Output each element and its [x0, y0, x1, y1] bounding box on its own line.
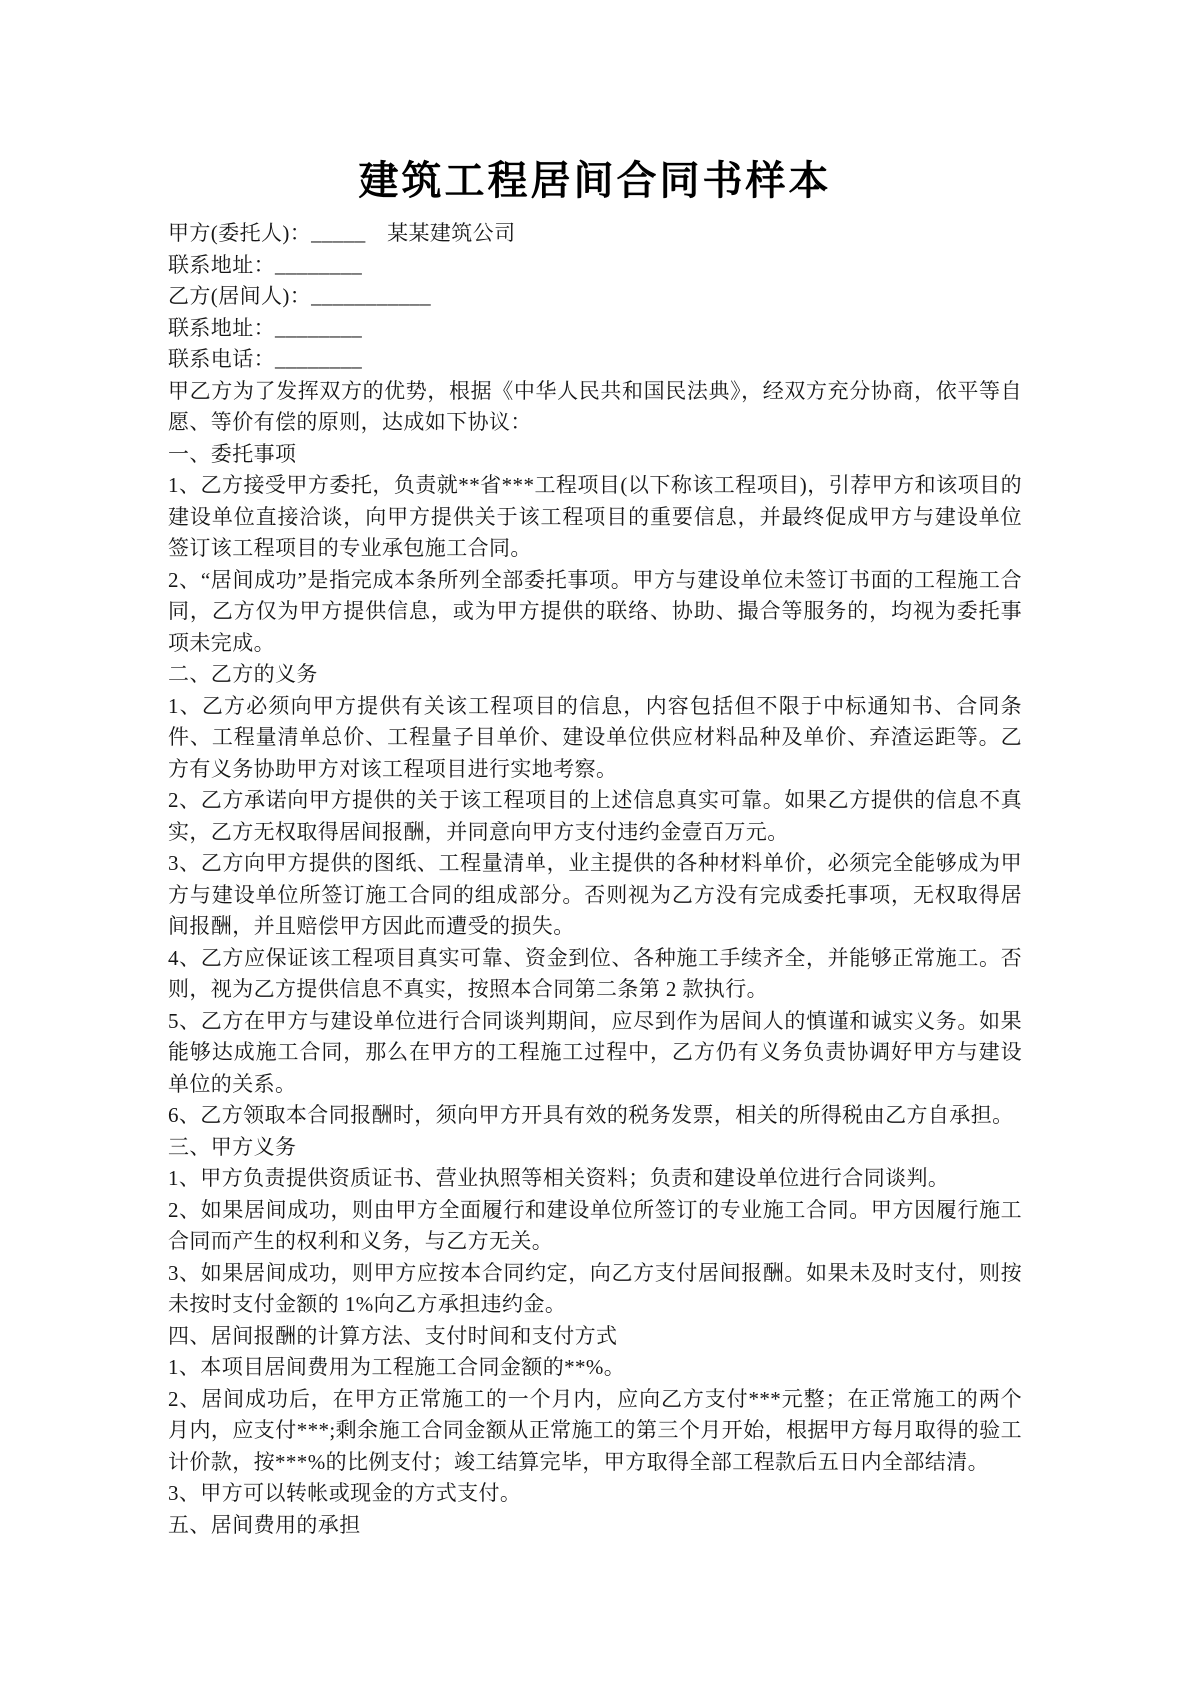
paragraph: 1、本项目居间费用为工程施工合同金额的**%。: [168, 1352, 1022, 1384]
paragraph: 3、乙方向甲方提供的图纸、工程量清单，业主提供的各种材料单价，必须完全能够成为甲…: [168, 848, 1022, 943]
paragraph: 三、甲方义务: [168, 1132, 1022, 1164]
paragraph: 甲方(委托人)：_____ 某某建筑公司: [168, 218, 1022, 250]
paragraph: 甲乙方为了发挥双方的优势，根据《中华人民共和国民法典》，经双方充分协商，依平等自…: [168, 376, 1022, 439]
paragraph: 1、乙方必须向甲方提供有关该工程项目的信息，内容包括但不限于中标通知书、合同条件…: [168, 691, 1022, 786]
paragraph: 五、居间费用的承担: [168, 1510, 1022, 1542]
paragraph: 1、乙方接受甲方委托，负责就**省***工程项目(以下称该工程项目)，引荐甲方和…: [168, 470, 1022, 565]
paragraph: 4、乙方应保证该工程项目真实可靠、资金到位、各种施工手续齐全，并能够正常施工。否…: [168, 943, 1022, 1006]
document-page: 建筑工程居间合同书样本 甲方(委托人)：_____ 某某建筑公司联系地址：___…: [0, 0, 1190, 1683]
paragraph: 5、乙方在甲方与建设单位进行合同谈判期间，应尽到作为居间人的慎谨和诚实义务。如果…: [168, 1006, 1022, 1101]
paragraph: 2、居间成功后，在甲方正常施工的一个月内，应向乙方支付***元整；在正常施工的两…: [168, 1384, 1022, 1479]
document-title: 建筑工程居间合同书样本: [168, 158, 1022, 204]
paragraph: 3、甲方可以转帐或现金的方式支付。: [168, 1478, 1022, 1510]
paragraph: 2、如果居间成功，则由甲方全面履行和建设单位所签订的专业施工合同。甲方因履行施工…: [168, 1195, 1022, 1258]
paragraph: 联系地址：________: [168, 250, 1022, 282]
document-body: 甲方(委托人)：_____ 某某建筑公司联系地址：________乙方(居间人)…: [168, 218, 1022, 1541]
paragraph: 3、如果居间成功，则甲方应按本合同约定，向乙方支付居间报酬。如果未及时支付，则按…: [168, 1258, 1022, 1321]
paragraph: 1、甲方负责提供资质证书、营业执照等相关资料；负责和建设单位进行合同谈判。: [168, 1163, 1022, 1195]
paragraph: 二、乙方的义务: [168, 659, 1022, 691]
paragraph: 联系地址：________: [168, 313, 1022, 345]
paragraph: 乙方(居间人)：___________: [168, 281, 1022, 313]
paragraph: 6、乙方领取本合同报酬时，须向甲方开具有效的税务发票，相关的所得税由乙方自承担。: [168, 1100, 1022, 1132]
paragraph: 联系电话：________: [168, 344, 1022, 376]
paragraph: 四、居间报酬的计算方法、支付时间和支付方式: [168, 1321, 1022, 1353]
paragraph: 2、“居间成功”是指完成本条所列全部委托事项。甲方与建设单位未签订书面的工程施工…: [168, 565, 1022, 660]
paragraph: 2、乙方承诺向甲方提供的关于该工程项目的上述信息真实可靠。如果乙方提供的信息不真…: [168, 785, 1022, 848]
paragraph: 一、委托事项: [168, 439, 1022, 471]
